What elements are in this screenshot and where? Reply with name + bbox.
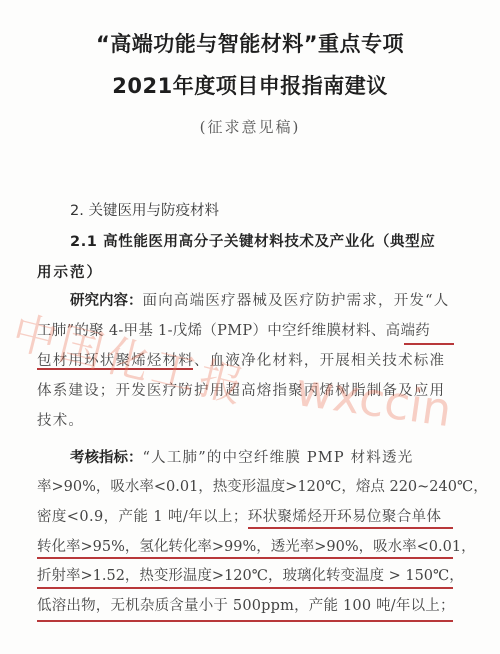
assessment-line5: 折射率>1.52，热变形温度>120℃，玻璃化转变温度 > 150℃，	[37, 566, 457, 586]
highlight-underline	[404, 343, 454, 345]
document-subtitle: (征求意见稿)	[0, 116, 500, 137]
document-title-line2: 2021年度项目申报指南建议	[0, 70, 500, 100]
section-heading: 2. 关键医用与防疫材料	[70, 201, 457, 221]
highlight-underline	[37, 620, 453, 622]
assessment-line1: 考核指标：“人工肺”的中空纤维膜 PMP 材料透光	[70, 448, 457, 468]
highlight-underline	[37, 557, 453, 559]
subsection-heading-line1: 2.1 高性能医用高分子关键材料技术及产业化（典型应	[70, 232, 457, 252]
document-page: “高端功能与智能材料”重点专项 2021年度项目申报指南建议 (征求意见稿) 2…	[0, 0, 500, 654]
highlight-underline	[37, 368, 193, 370]
assessment-text: “人工肺”的中空纤维膜 PMP 材料透光	[143, 450, 414, 466]
document-title-line1: “高端功能与智能材料”重点专项	[0, 28, 500, 58]
highlight-underline	[248, 527, 453, 529]
assessment-line3: 密度<0.9，产能 1 吨/年以上；环状聚烯烃开环易位聚合单体	[37, 507, 457, 527]
research-content-text: 面向高端医疗器械及医疗防护需求，开发“人	[143, 293, 450, 309]
assessment-line4: 转化率>95%，氢化转化率>99%，透光率>90%，吸水率<0.01，	[37, 537, 457, 557]
research-content-line2: 工肺”的聚 4-甲基 1-戊烯（PMP）中空纤维膜材料、高端药	[37, 321, 457, 341]
assessment-line2: 率>90%，吸水率<0.01，热变形温度>120℃，熔点 220~240℃，	[37, 477, 457, 497]
highlight-underline	[37, 587, 453, 589]
assessment-line6: 低溶出物，无机杂质含量小于 500ppm，产能 100 吨/年以上；	[37, 596, 457, 616]
research-content-line1: 研究内容：面向高端医疗器械及医疗防护需求，开发“人	[70, 291, 457, 311]
assessment-label: 考核指标：	[70, 450, 143, 466]
subsection-heading-line2: 用示范）	[37, 263, 457, 283]
research-content-label: 研究内容：	[70, 293, 143, 309]
research-content-line5: 技术。	[37, 411, 457, 431]
research-content-line4: 体系建设；开发医疗防护用超高熔指聚丙烯树脂制备及应用	[37, 381, 457, 401]
